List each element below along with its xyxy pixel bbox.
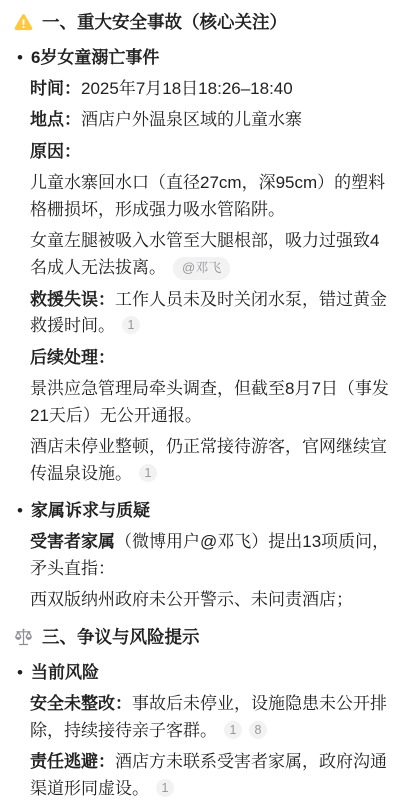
warning-icon [13,12,34,33]
field-label-safety: 安全未整改： [30,694,132,713]
para-cause-detail-1: 儿童水寨回水口（直径27cm，深95cm）的塑料格栅损坏，形成强力吸水管陷阱。 [0,170,392,224]
family-target-text: 西双版纳州政府未公开警示、未问责酒店； [30,590,353,609]
para-followup-1: 景洪应急管理局牵头调查，但截至8月7日（事发21天后）无公开通报。 [0,376,392,430]
field-label-victim-family: 受害者家属 [30,532,115,551]
para-family-statement: 受害者家属（微博用户@邓飞）提出13项质问，矛头直指： [0,529,392,583]
field-label-location: 地点： [30,110,81,129]
field-label-rescue-error: 救援失误： [30,290,115,309]
bullet-dot [17,501,23,520]
section-heading-risks: 三、争议与风险提示 [0,624,392,650]
source-mention-badge[interactable]: @邓飞 [173,257,230,281]
report-document: 一、重大安全事故（核心关注） 6岁女童溺亡事件 时间：2025年7月18日18:… [0,0,404,800]
bullet-item-label: 当前风险 [31,663,99,682]
citation-badge[interactable]: 1 [224,721,242,739]
field-label-followup: 后续处理： [30,348,115,367]
bullet-dot [17,48,23,67]
para-cause-label: 原因： [0,139,392,166]
field-value-time: 2025年7月18日18:26–18:40 [81,79,293,98]
followup-text-1: 景洪应急管理局牵头调查，但截至8月7日（事发21天后）无公开通报。 [30,379,389,425]
para-cause-detail-2: 女童左腿被吸入水管至大腿根部，吸力过强致4名成人无法拔离。@邓飞 [0,228,392,282]
field-label-cause: 原因： [30,142,81,161]
para-location: 地点：酒店户外温泉区域的儿童水寨 [0,107,392,134]
section-heading-major-accident: 一、重大安全事故（核心关注） [0,9,392,35]
field-label-responsibility: 责任逃避： [30,752,115,771]
section-heading-text: 一、重大安全事故（核心关注） [42,9,287,35]
bullet-item-incident-title: 6岁女童溺亡事件 [0,45,392,71]
scales-icon [13,627,34,648]
bullet-item-current-risk: 当前风险 [0,660,392,686]
bullet-item-family-demands: 家属诉求与质疑 [0,498,392,524]
field-value-location: 酒店户外温泉区域的儿童水寨 [81,110,302,129]
section-heading-text: 三、争议与风险提示 [42,624,200,650]
citation-badge[interactable]: 1 [139,464,157,482]
para-rescue-error: 救援失误：工作人员未及时关闭水泵，错过黄金救援时间。1 [0,287,392,341]
para-family-target: 西双版纳州政府未公开警示、未问责酒店； [0,587,392,614]
para-safety-not-fixed: 安全未整改：事故后未停业，设施隐患未公开排除，持续接待亲子客群。18 [0,691,392,745]
citation-badge[interactable]: 1 [122,316,140,334]
followup-text-2: 酒店未停业整顿，仍正常接待游客，官网继续宣传温泉设施。 [30,437,387,483]
citation-badge[interactable]: 8 [249,721,267,739]
citation-badge[interactable]: 1 [156,779,174,797]
field-label-time: 时间： [30,79,81,98]
bullet-item-label: 家属诉求与质疑 [31,501,150,520]
bullet-dot [17,663,23,682]
para-followup-label: 后续处理： [0,345,392,372]
para-time: 时间：2025年7月18日18:26–18:40 [0,76,392,103]
para-followup-2: 酒店未停业整顿，仍正常接待游客，官网继续宣传温泉设施。1 [0,434,392,488]
bullet-item-label: 6岁女童溺亡事件 [31,48,159,67]
para-responsibility-evasion: 责任逃避：酒店方未联系受害者家属，政府沟通渠道形同虚设。1 [0,749,392,800]
cause-detail-text-1: 儿童水寨回水口（直径27cm，深95cm）的塑料格栅损坏，形成强力吸水管陷阱。 [30,173,385,219]
